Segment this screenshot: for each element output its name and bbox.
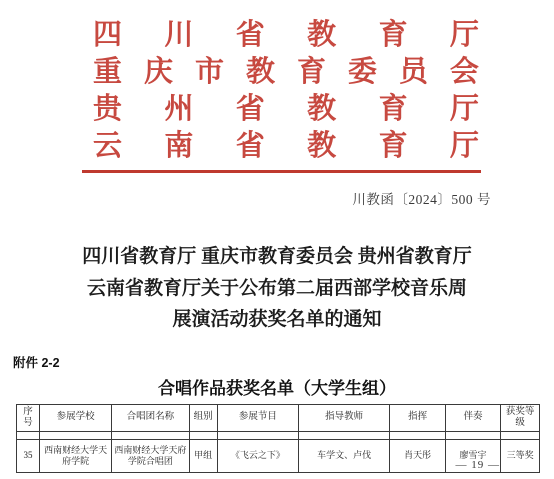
notice-title-line-1: 四川省教育厅 重庆市教育委员会 贵州省教育厅 [0, 241, 554, 273]
attachment-label: 附件 2-2 [13, 353, 554, 371]
cell-conductor: 肖天彤 [390, 439, 445, 472]
cell-award-level: 三等奖 [501, 439, 540, 472]
col-header-school: 参展学校 [40, 404, 112, 431]
col-header-award-level: 获奖等级 [501, 404, 540, 431]
table-header-row: 序号 参展学校 合唱团名称 组别 参展节目 指导教师 指挥 伴奏 获奖等级 [17, 404, 540, 431]
notice-title: 四川省教育厅 重庆市教育委员会 贵州省教育厅 云南省教育厅关于公布第二届西部学校… [0, 241, 554, 336]
cell-choir-name: 西南财经大学天府学院合唱团 [112, 439, 189, 472]
cell-teachers: 车学文、卢伐 [298, 439, 390, 472]
document-number: 川教函〔2024〕500 号 [0, 188, 554, 208]
cell-group: 甲组 [189, 439, 217, 472]
col-header-conductor: 指挥 [390, 404, 445, 431]
col-header-teachers: 指导教师 [298, 404, 390, 431]
letterhead-divider-rule [82, 170, 481, 173]
table-spacer-row [17, 431, 540, 439]
page-number: — 19 — [456, 459, 501, 471]
cell-program: 《飞云之下》 [217, 439, 298, 472]
cell-school: 西南财经大学天府学院 [40, 439, 112, 472]
letterhead-line-4: 云南省教育厅 [93, 128, 479, 165]
document-page: 四川省教育厅 重庆市教育委员会 贵州省教育厅 云南省教育厅 川教函〔2024〕5… [0, 0, 554, 479]
col-header-choir-name: 合唱团名称 [112, 404, 189, 431]
notice-title-line-2: 云南省教育厅关于公布第二届西部学校音乐周 [0, 273, 554, 305]
letterhead-line-2: 重庆市教育委员会 [93, 54, 479, 91]
letterhead: 四川省教育厅 重庆市教育委员会 贵州省教育厅 云南省教育厅 [0, 0, 554, 165]
notice-title-line-3: 展演活动获奖名单的通知 [0, 304, 554, 336]
col-header-accompanist: 伴奏 [445, 404, 500, 431]
letterhead-line-3: 贵州省教育厅 [93, 91, 479, 128]
col-header-program: 参展节目 [217, 404, 298, 431]
cell-serial: 35 [17, 439, 40, 472]
letterhead-line-1: 四川省教育厅 [93, 17, 479, 54]
table-title: 合唱作品获奖名单（大学生组） [0, 374, 554, 399]
col-header-group: 组别 [189, 404, 217, 431]
col-header-serial: 序号 [17, 404, 40, 431]
